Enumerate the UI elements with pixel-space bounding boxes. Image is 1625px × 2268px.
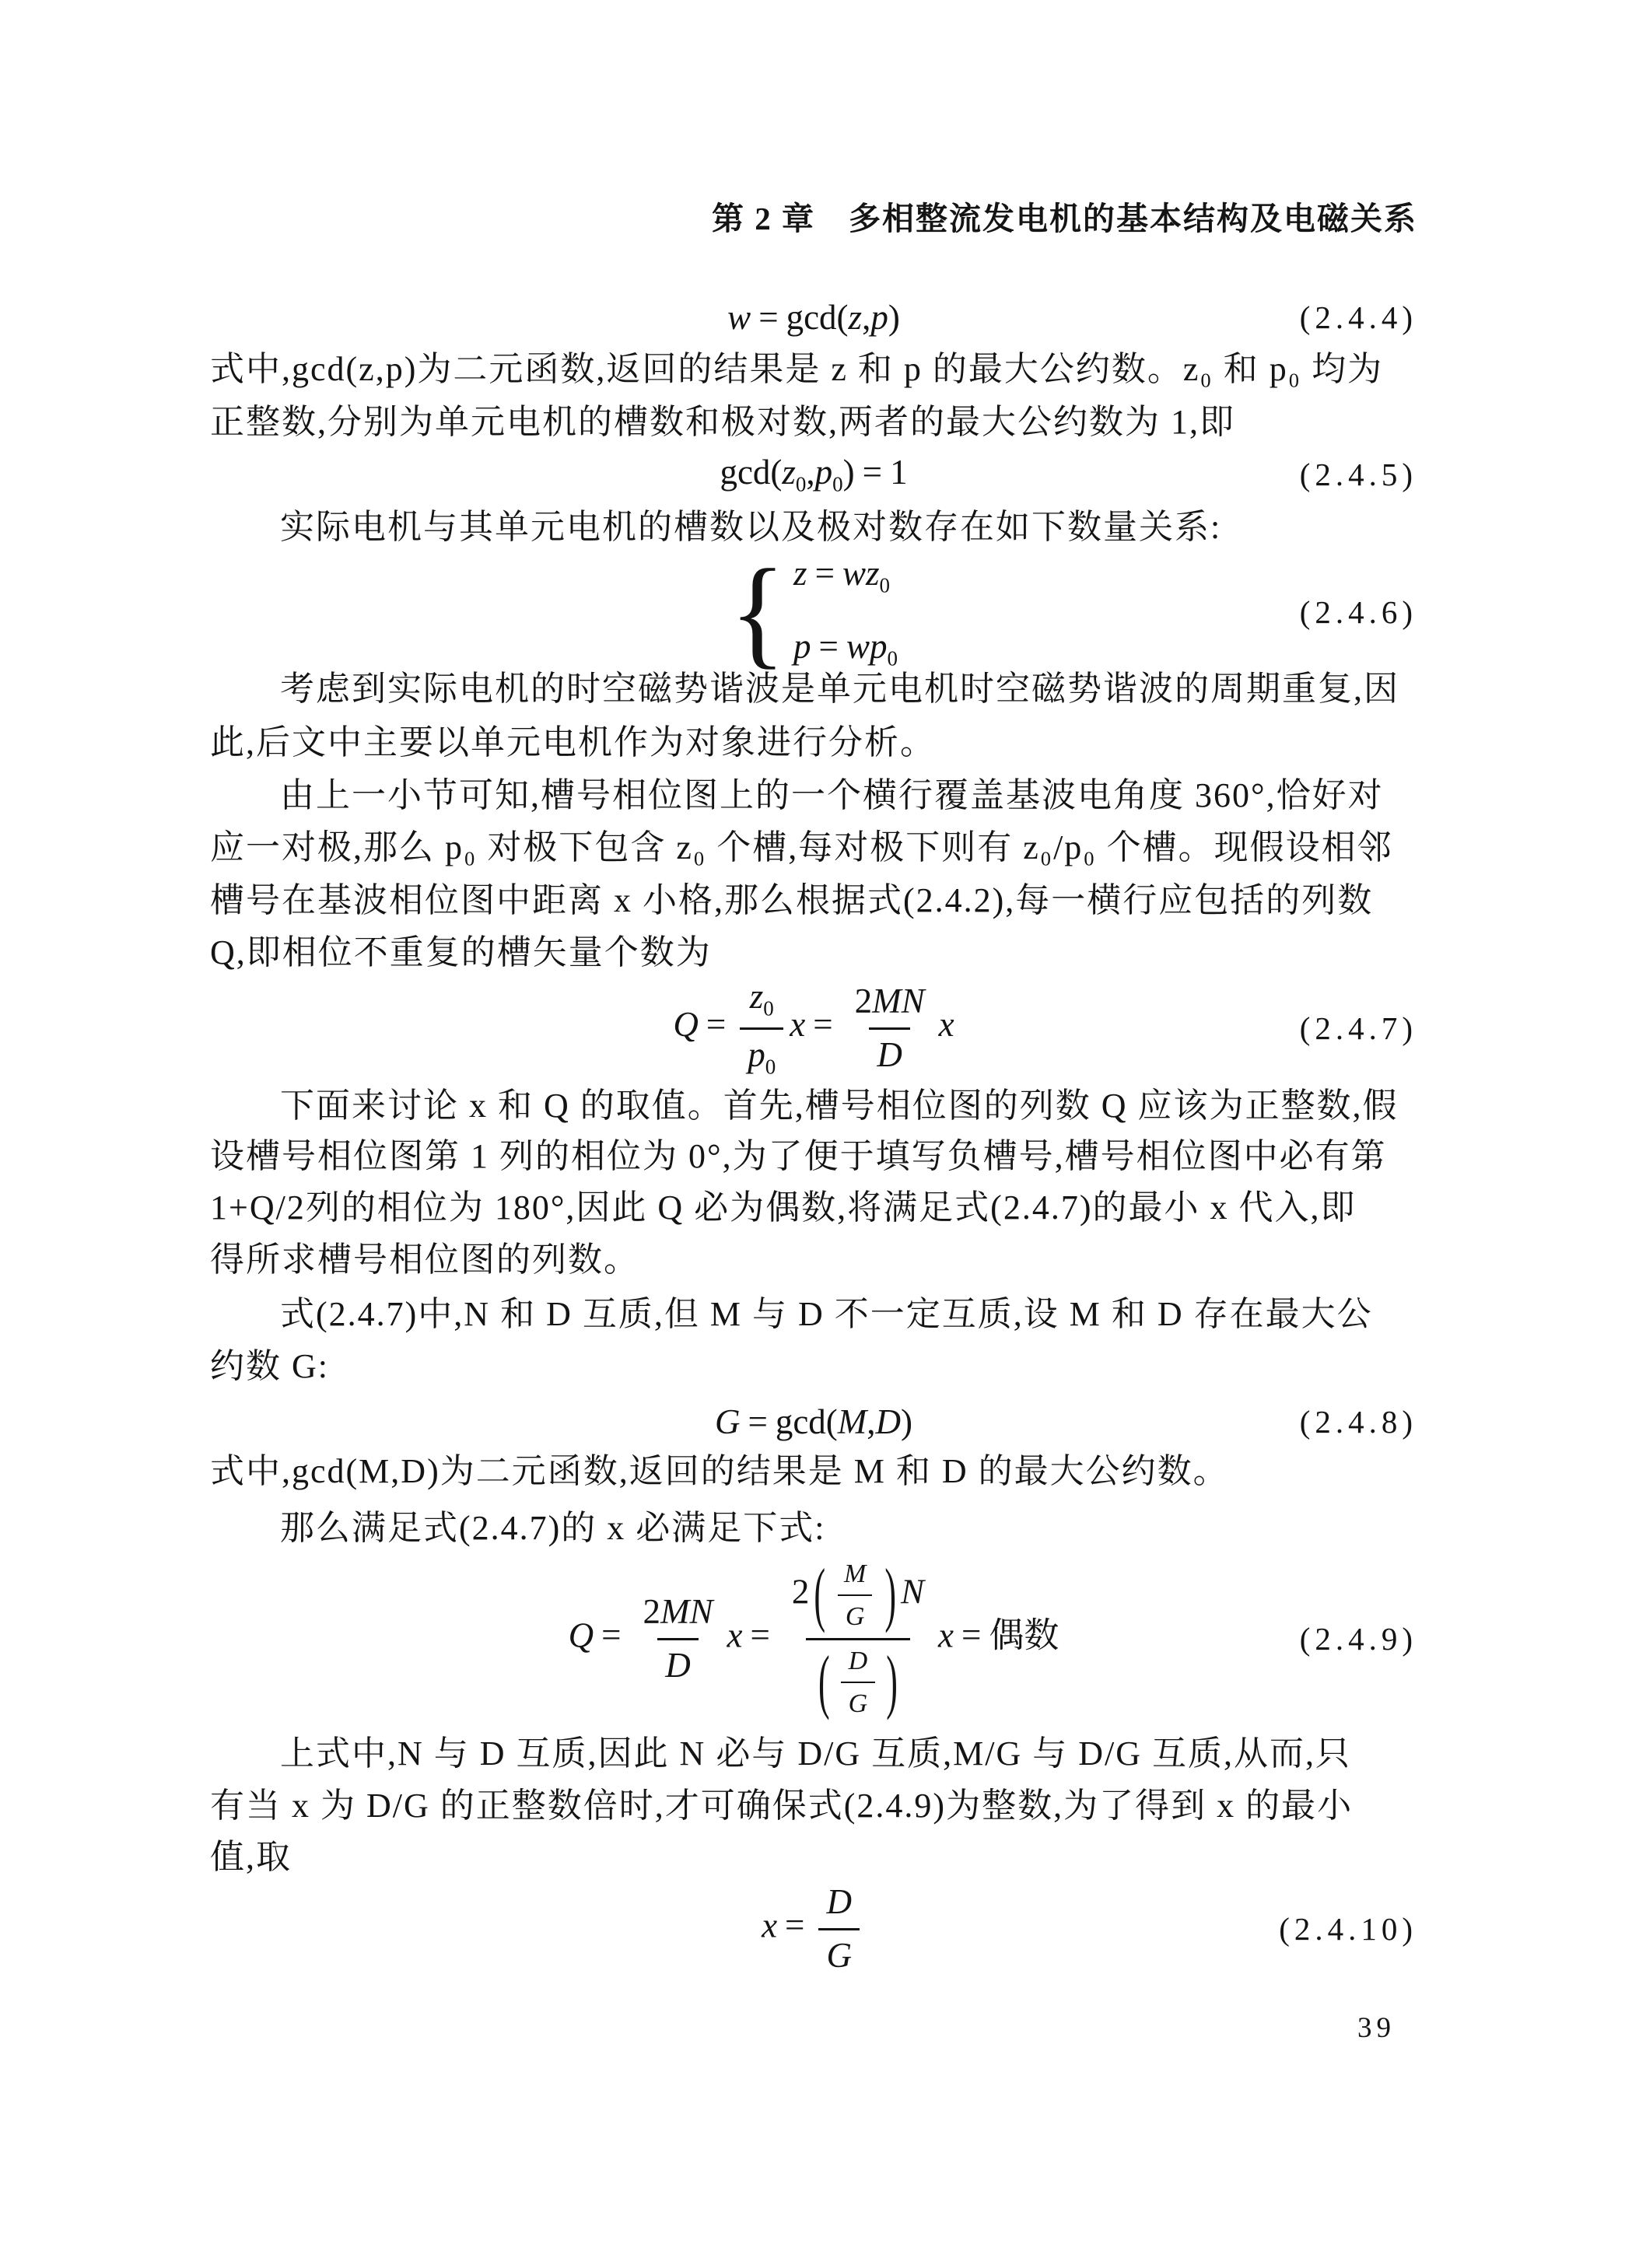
math-var: Q: [673, 1005, 699, 1044]
subscript: 0: [887, 646, 898, 670]
math-expression: x=DG: [762, 1883, 866, 1975]
math-var: wp: [846, 627, 888, 666]
equation-2-4-9: Q=2MNDx=2(MG)N(DG)x=偶数 (2.4.9): [210, 1552, 1417, 1726]
text-line: 约数 G:: [210, 1346, 1417, 1388]
text-line: 应一对极,那么 p₀ 对极下包含 z₀ 个槽,每对极下则有 z₀/p₀ 个槽。现…: [210, 827, 1417, 869]
math-var: D: [665, 1646, 691, 1685]
text-line: 上式中,N 与 D 互质,因此 N 必与 D/G 互质,M/G 与 D/G 互质…: [210, 1733, 1417, 1775]
big-paren: (: [814, 1556, 825, 1635]
math-var: N: [901, 1572, 924, 1611]
numerator: 2(MG)N: [784, 1559, 932, 1638]
text-line: 式中,gcd(M,D)为二元函数,返回的结果是 M 和 D 的最大公约数。: [210, 1451, 1417, 1493]
math-var: M: [844, 1559, 866, 1588]
math-var: G: [715, 1402, 741, 1441]
math-var: z: [849, 298, 863, 337]
text-line: 下面来讨论 x 和 Q 的取值。首先,槽号相位图的列数 Q 应该为正整数,假: [210, 1085, 1417, 1127]
math-comma: ,: [862, 298, 870, 337]
math-expression: G=gcd(M,D): [715, 1402, 912, 1442]
equals-sign: =: [706, 1005, 726, 1044]
math-var: x: [762, 1906, 777, 1944]
cases-rows: z=wz0 p=wp0: [793, 553, 898, 670]
math-var: wz: [842, 554, 880, 593]
fraction: z0p0: [740, 978, 783, 1078]
text-line: 此,后文中主要以单元电机作为对象进行分析。: [210, 722, 1417, 764]
math-var: p: [748, 1035, 765, 1074]
math-var: p: [793, 627, 811, 666]
text-line: 考虑到实际电机的时空磁势谐波是单元电机时空磁势谐波的周期重复,因: [210, 668, 1417, 710]
math-var: Q: [569, 1615, 594, 1654]
math-number: 2: [643, 1592, 660, 1631]
math-number: 1: [890, 453, 908, 492]
math-var: G: [849, 1689, 868, 1718]
equals-sign: =: [785, 1906, 804, 1944]
equation-2-4-6: { z=wz0 p=wp0 (2.4.6): [210, 548, 1417, 676]
math-func: gcd(: [720, 453, 782, 492]
math-var: x: [790, 1005, 805, 1044]
cases-group: { z=wz0 p=wp0: [730, 553, 898, 670]
math-var: G: [826, 1936, 852, 1975]
big-paren: ): [886, 1643, 898, 1722]
fraction: 2MND: [635, 1593, 720, 1685]
math-var: x: [939, 1005, 954, 1044]
equation-number: (2.4.8): [1300, 1403, 1417, 1440]
text-line: 正整数,分别为单元电机的槽数和极对数,两者的最大公约数为 1,即: [210, 401, 1417, 443]
text-line: 式(2.4.7)中,N 和 D 互质,但 M 与 D 不一定互质,设 M 和 D…: [210, 1293, 1417, 1335]
math-paren: ): [888, 298, 900, 337]
denominator: D: [869, 1027, 910, 1075]
math-var: z: [782, 453, 796, 492]
math-var: MN: [872, 982, 925, 1020]
equation-number: (2.4.5): [1300, 456, 1417, 493]
text-line: 由上一小节可知,槽号相位图上的一个横行覆盖基波电角度 360°,恰好对: [210, 775, 1417, 817]
math-expression: w=gcd(z,p): [727, 297, 900, 338]
text-line: Q,即相位不重复的槽矢量个数为: [210, 932, 1417, 974]
big-paren: ): [884, 1556, 896, 1635]
big-fraction: 2(MG)N(DG): [784, 1559, 932, 1719]
math-var: G: [846, 1602, 865, 1631]
text-line: 那么满足式(2.4.7)的 x 必满足下式:: [210, 1507, 1417, 1549]
denominator: G: [818, 1928, 860, 1976]
equals-sign: =: [819, 627, 839, 666]
math-var: D: [849, 1647, 868, 1675]
equals-sign: =: [813, 1005, 832, 1044]
math-var: p: [870, 298, 888, 337]
equation-2-4-5: gcd(z0,p0)=1 (2.4.5): [210, 447, 1417, 502]
equals-sign: =: [601, 1615, 621, 1654]
math-func: gcd(: [786, 298, 849, 337]
math-comma: ,: [806, 453, 814, 492]
text-column: 第 2 章 多相整流发电机的基本结构及电磁关系 w=gcd(z,p) (2.4.…: [210, 0, 1417, 2268]
numerator: D: [841, 1647, 876, 1682]
left-brace: {: [730, 551, 786, 674]
text-line: 1+Q/2列的相位为 180°,因此 Q 必为偶数,将满足式(2.4.7)的最小…: [210, 1187, 1417, 1229]
math-expression: Q=2MNDx=2(MG)N(DG)x=偶数: [569, 1559, 1059, 1719]
numerator: M: [836, 1559, 874, 1594]
math-var: w: [727, 298, 751, 337]
fraction: DG: [818, 1883, 860, 1975]
equation-number: (2.4.9): [1300, 1620, 1417, 1657]
math-var: x: [727, 1615, 742, 1654]
subscript: 0: [765, 1055, 776, 1078]
math-paren: ): [843, 453, 855, 492]
case-row: p=wp0: [793, 626, 898, 670]
denominator: D: [657, 1638, 699, 1685]
math-text: 偶数: [989, 1615, 1059, 1654]
text-line: 实际电机与其单元电机的槽数以及极对数存在如下数量关系:: [210, 506, 1417, 548]
equals-sign: =: [750, 1615, 769, 1654]
math-number: 2: [855, 982, 873, 1020]
equation-number: (2.4.10): [1279, 1910, 1417, 1948]
equals-sign: =: [758, 298, 778, 337]
equation-2-4-7: Q=z0p0x=2MNDx (2.4.7): [210, 976, 1417, 1080]
numerator: 2MN: [635, 1593, 720, 1638]
equation-number: (2.4.6): [1300, 593, 1417, 631]
math-var: MN: [660, 1592, 713, 1631]
text-line: 有当 x 为 D/G 的正整数倍时,才可确保式(2.4.9)为整数,为了得到 x…: [210, 1785, 1417, 1827]
denominator: G: [838, 1594, 873, 1631]
math-func: gcd(: [776, 1402, 838, 1441]
denominator: (DG): [806, 1638, 910, 1719]
big-paren: (: [818, 1643, 830, 1722]
math-var: p: [815, 453, 833, 492]
math-var: D: [826, 1882, 852, 1921]
equals-sign: =: [863, 453, 882, 492]
running-header: 第 2 章 多相整流发电机的基本结构及电磁关系: [712, 193, 1417, 239]
fraction: 2MND: [847, 982, 933, 1074]
equation-number: (2.4.7): [1300, 1010, 1417, 1047]
denominator: p0: [740, 1027, 783, 1079]
text-line: 值,取: [210, 1836, 1417, 1878]
case-row: z=wz0: [793, 553, 890, 597]
subscript: 0: [796, 473, 807, 496]
equation-number: (2.4.4): [1300, 299, 1417, 336]
subscript: 0: [763, 997, 774, 1020]
text-line: 得所求槽号相位图的列数。: [210, 1239, 1417, 1281]
inner-fraction: MG: [836, 1559, 874, 1632]
math-var: x: [938, 1615, 954, 1654]
math-expression: gcd(z0,p0)=1: [720, 452, 907, 496]
math-number: 2: [792, 1572, 810, 1611]
math-comma: ,: [867, 1402, 875, 1441]
numerator: D: [818, 1883, 860, 1928]
equation-2-4-8: G=gcd(M,D) (2.4.8): [210, 1395, 1417, 1449]
math-paren: ): [901, 1402, 912, 1441]
numerator: 2MN: [847, 982, 933, 1027]
subscript: 0: [879, 574, 890, 597]
page-number: 39: [1357, 2011, 1396, 2045]
math-expression: Q=z0p0x=2MNDx: [673, 978, 954, 1078]
inner-fraction: DG: [841, 1647, 876, 1719]
math-var: z: [793, 554, 807, 593]
numerator: z0: [742, 978, 782, 1027]
equation-2-4-10: x=DG (2.4.10): [210, 1885, 1417, 1973]
equals-sign: =: [961, 1615, 981, 1654]
book-page: 第 2 章 多相整流发电机的基本结构及电磁关系 w=gcd(z,p) (2.4.…: [0, 0, 1625, 2268]
text-line: 式中,gcd(z,p)为二元函数,返回的结果是 z 和 p 的最大公约数。z₀ …: [210, 348, 1417, 390]
math-var: z: [750, 977, 764, 1016]
equals-sign: =: [748, 1402, 767, 1441]
math-var: M: [838, 1402, 867, 1441]
equation-2-4-4: w=gcd(z,p) (2.4.4): [210, 290, 1417, 345]
text-line: 槽号在基波相位图中距离 x 小格,那么根据式(2.4.2),每一横行应包括的列数: [210, 880, 1417, 922]
math-var: D: [876, 1402, 902, 1441]
text-line: 设槽号相位图第 1 列的相位为 0°,为了便于填写负槽号,槽号相位图中必有第: [210, 1136, 1417, 1178]
subscript: 0: [832, 473, 843, 496]
denominator: G: [841, 1682, 876, 1718]
math-var: D: [877, 1035, 902, 1074]
equals-sign: =: [815, 554, 835, 593]
